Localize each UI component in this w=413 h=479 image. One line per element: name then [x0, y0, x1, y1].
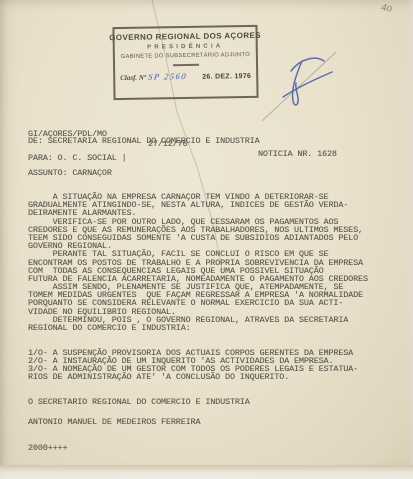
stamp-office-line: GABINETE DO SUBSECRETÁRIO ADJUNTO [121, 52, 250, 60]
stamp-date: 26. DEZ. 1976 [202, 73, 251, 81]
stamp-divider [173, 64, 199, 66]
stamp-government-line: GOVERNO REGIONAL DOS AÇORES [109, 31, 261, 42]
stamp-presidency-line: PRESIDÊNCIA [147, 43, 223, 50]
telex-subject-line: ASSUNTO: CARNAÇOR [28, 168, 112, 178]
stamp-class-value-handwritten: SP 2560 [147, 71, 187, 82]
telex-notice-number: NOTICIA NR. 1628 [258, 149, 337, 159]
body-line: RIOS DE ADMINISTRAÇÃO ATE' 'A CONCLUSÃO … [28, 373, 368, 381]
telex-body: A SITUAÇÃO NA EMPRESA CARNAÇOR TEM VINDO… [28, 193, 368, 381]
body-line [28, 332, 368, 340]
closing-name: ANTONIO MANUEL DE MEDEIROS FERREIRA [28, 417, 250, 437]
telex-closing: O SECRETARIO REGIONAL DO COMERCIO E INDU… [28, 397, 250, 463]
telex-from-line: DE: SECRETARIA REGIONAL DO COMERCIO E IN… [28, 136, 260, 146]
paper-bottom-edge [0, 465, 413, 479]
handwritten-page-number: 4o [380, 2, 392, 14]
telex-to-line: PARA: O. C. SOCIAL | [28, 153, 127, 163]
stamp-class-label: Clasf. Nº [120, 74, 146, 82]
closing-role: O SECRETARIO REGIONAL DO COMERCIO E INDU… [28, 397, 250, 417]
stamp-classification-row: Clasf. Nº SP 2560 26. DEZ. 1976 [115, 70, 256, 82]
body-line: REGIONAL DO COMERCIO E INDUSTRIA: [28, 324, 368, 332]
telex-code: 2000++++ [28, 443, 250, 463]
receipt-stamp: GOVERNO REGIONAL DOS AÇORES PRESIDÊNCIA … [112, 25, 258, 100]
document-page: 4o GOVERNO REGIONAL DOS AÇORES PRESIDÊNC… [0, 0, 413, 479]
